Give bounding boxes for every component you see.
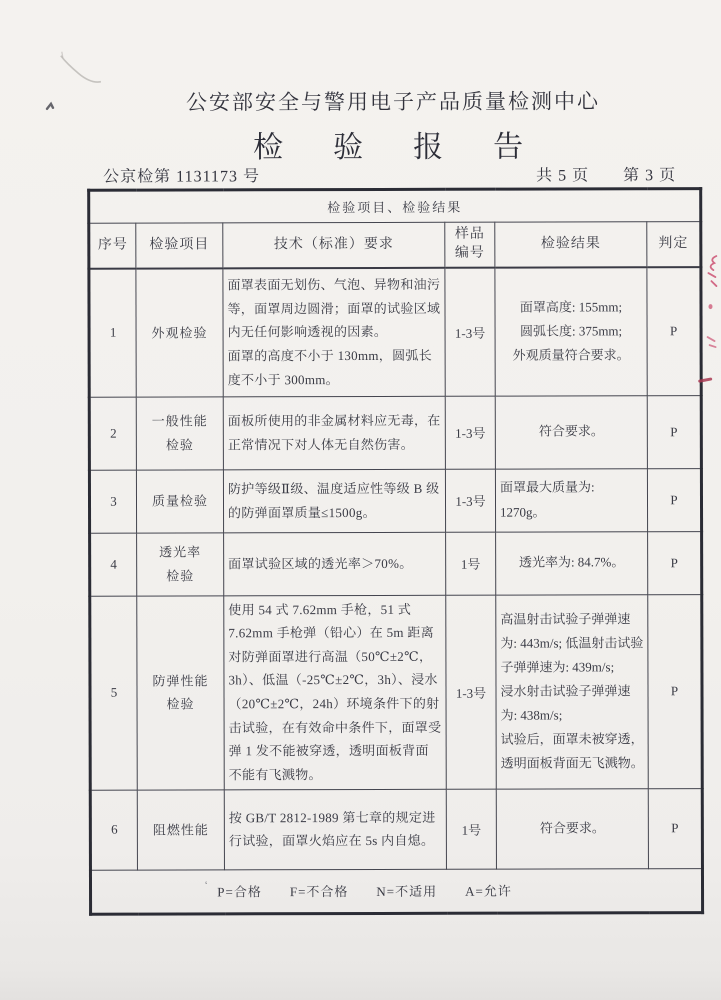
cell-requirement: 使用 54 式 7.62mm 手枪，51 式 7.62mm 手枪弹（铅心）在 5… bbox=[224, 595, 447, 790]
col-header-sample: 样品 编号 bbox=[445, 222, 495, 268]
cell-result: 面罩最大质量为: 1270g。 bbox=[495, 468, 647, 531]
cell-verdict: P bbox=[648, 531, 702, 594]
cell-no: 5 bbox=[90, 596, 138, 790]
cell-no: 1 bbox=[89, 269, 136, 397]
page-indicator: 共 5 页 第 3 页 bbox=[536, 162, 676, 185]
legend-row: P=合格 F=不合格 N=不适用 A=允许 bbox=[90, 868, 702, 914]
cell-result: 面罩高度: 155mm; 圆弧长度: 375mm; 外观质量符合要求。 bbox=[495, 267, 647, 395]
report-title: 检 验 报 告 bbox=[87, 121, 699, 167]
cell-verdict: P bbox=[648, 788, 702, 868]
organization-title: 公安部安全与警用电子产品质量检测中心 bbox=[87, 85, 699, 117]
cell-verdict: P bbox=[648, 594, 703, 788]
report-number: 公京检第 1131173 号 bbox=[103, 163, 260, 186]
cell-item: 阻燃性能 bbox=[137, 790, 224, 870]
table-row: 4 透光率 检验 面罩试验区域的透光率＞70%。 1号 透光率为: 84.7%。… bbox=[90, 531, 702, 596]
section-title-row: 检验项目、检验结果 bbox=[89, 189, 701, 224]
table-row: 1 外观检验 面罩表面无划伤、气泡、异物和油污等，面罩周边圆滑；面罩的试验区域内… bbox=[89, 267, 701, 397]
col-header-item: 检验项目 bbox=[136, 223, 223, 269]
col-header-requirement: 技术（标准）要求 bbox=[223, 222, 445, 268]
ink-speck-artifact bbox=[43, 99, 59, 115]
col-header-result: 检验结果 bbox=[495, 222, 647, 268]
report-header: 公安部安全与警用电子产品质量检测中心 检 验 报 告 bbox=[87, 0, 699, 1]
cell-requirement: 面板所使用的非金属材料应无毒，在正常情况下对人体无自然伤害。 bbox=[223, 396, 445, 470]
cell-requirement: 按 GB/T 2812-1989 第七章的规定进行试验，面罩火焰应在 5s 内自… bbox=[224, 789, 446, 870]
scanned-report-page: 公安部安全与警用电子产品质量检测中心 检 验 报 告 公京检第 1131173 … bbox=[0, 0, 721, 1000]
cell-item: 外观检验 bbox=[136, 268, 223, 396]
verdict-legend: P=合格 F=不合格 N=不适用 A=允许 bbox=[90, 868, 702, 914]
cell-result: 符合要求。 bbox=[495, 395, 647, 468]
cell-requirement: 面罩试验区域的透光率＞70%。 bbox=[224, 532, 446, 596]
cell-no: 3 bbox=[89, 470, 136, 533]
cell-sample: 1-3号 bbox=[446, 595, 497, 789]
cell-sample: 1-3号 bbox=[445, 396, 495, 469]
cell-no: 2 bbox=[89, 397, 136, 470]
table-row: 3 质量检验 防护等级Ⅱ级、温度适应性等级 B 级的防弹面罩质量≤1500g。 … bbox=[89, 468, 701, 533]
red-edge-mark-icon bbox=[704, 333, 720, 351]
cell-no: 4 bbox=[90, 533, 137, 596]
cell-sample: 1号 bbox=[446, 789, 496, 869]
col-header-no: 序号 bbox=[89, 223, 136, 269]
cell-result: 符合要求。 bbox=[496, 788, 648, 868]
cell-sample: 1-3号 bbox=[445, 268, 495, 396]
table-row: 2 一般性能 检验 面板所使用的非金属材料应无毒，在正常情况下对人体无自然伤害。… bbox=[89, 395, 701, 470]
col-header-verdict: 判定 bbox=[647, 222, 701, 268]
cell-verdict: P bbox=[647, 468, 701, 531]
section-title: 检验项目、检验结果 bbox=[89, 189, 701, 224]
cell-requirement: 面罩表面无划伤、气泡、异物和油污等，面罩周边圆滑；面罩的试验区域内无任何影响透视… bbox=[223, 268, 445, 397]
table-row: 6 阻燃性能 按 GB/T 2812-1989 第七章的规定进行试验，面罩火焰应… bbox=[90, 788, 702, 870]
cell-item: 防弹性能 检验 bbox=[137, 595, 225, 789]
cell-result: 透光率为: 84.7%。 bbox=[496, 531, 648, 594]
cell-item: 质量检验 bbox=[136, 469, 223, 532]
table-row: 5 防弹性能 检验 使用 54 式 7.62mm 手枪，51 式 7.62mm … bbox=[90, 594, 703, 790]
inspection-results-table: 检验项目、检验结果 序号 检验项目 技术（标准）要求 样品 编号 检验结果 判定… bbox=[87, 187, 704, 915]
cell-sample: 1号 bbox=[446, 532, 496, 595]
cell-item: 透光率 检验 bbox=[137, 532, 224, 595]
cell-verdict: P bbox=[647, 267, 701, 395]
cell-item: 一般性能 检验 bbox=[136, 396, 223, 469]
cell-no: 6 bbox=[90, 790, 137, 870]
cell-result: 高温射击试验子弹弹速为: 443m/s; 低温射击试验子弹弹速为: 439m/s… bbox=[496, 594, 649, 789]
cell-verdict: P bbox=[647, 395, 701, 468]
red-edge-mark-icon bbox=[702, 253, 720, 293]
column-header-row: 序号 检验项目 技术（标准）要求 样品 编号 检验结果 判定 bbox=[89, 222, 701, 269]
cell-requirement: 防护等级Ⅱ级、温度适应性等级 B 级的防弹面罩质量≤1500g。 bbox=[223, 469, 445, 533]
red-dot-artifact bbox=[708, 304, 712, 309]
scan-hairline-artifact bbox=[49, 46, 109, 91]
cell-sample: 1-3号 bbox=[445, 469, 495, 532]
